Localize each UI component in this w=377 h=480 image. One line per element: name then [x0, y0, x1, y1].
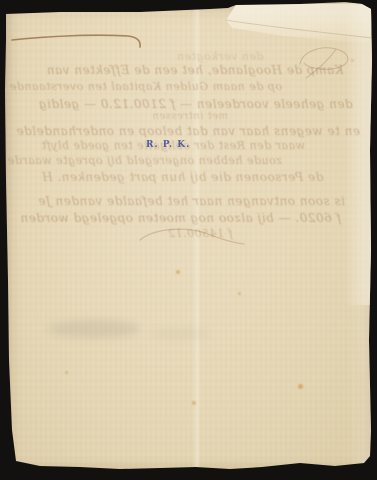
foxing-spot — [351, 59, 354, 62]
rpk-ink-stamp: R. P. K. — [146, 140, 188, 154]
tail-flourish-bottom — [140, 229, 244, 244]
crease-line-top-right — [226, 20, 372, 38]
foxing-spot — [238, 292, 241, 295]
foxing-spot — [192, 401, 196, 405]
manuscript-paper: den verkogtenKamp de Hooglande, het een … — [0, 0, 377, 480]
foxing-spot — [298, 384, 303, 389]
pen-stroke-top-left — [12, 35, 140, 47]
ink-flourish-layer — [0, 0, 377, 480]
paraph-oval-top-right — [300, 48, 348, 78]
foxing-spot — [65, 371, 68, 374]
foxing-spot — [176, 270, 180, 274]
scanned-document-scene: den verkogtenKamp de Hooglande, het een … — [0, 0, 377, 480]
